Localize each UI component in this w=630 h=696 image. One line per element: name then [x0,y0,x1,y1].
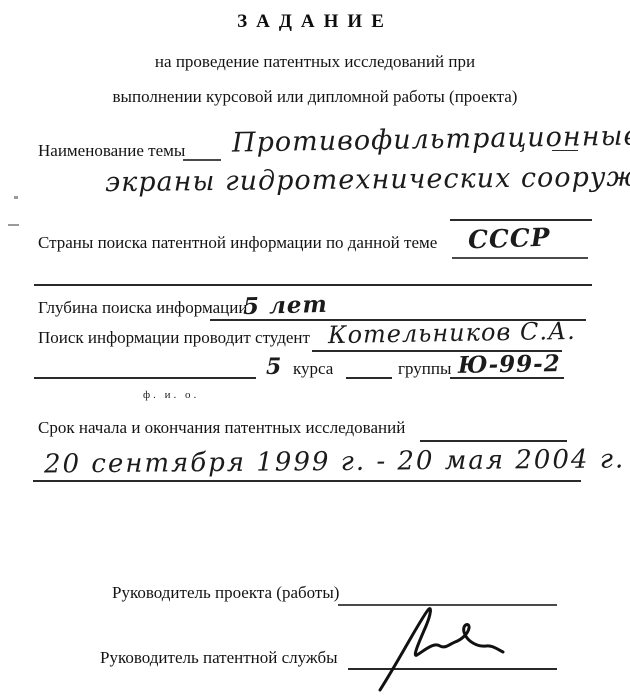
scan-artifact-dash [8,224,19,226]
topic-partial-underline [450,219,592,221]
dates-value-underline [33,480,581,482]
topic-label-underline [183,159,221,161]
scan-artifact-speck [14,196,18,199]
topic-handwritten-line1: Противофильтрационные [232,120,630,158]
patent-head-signature [358,604,508,694]
topic-label: Наименование темы [38,141,185,161]
form-subtitle-line1: на проведение патентных исследований при [0,52,630,72]
form-title: ЗАДАНИЕ [0,11,630,33]
scanned-assignment-form: ЗАДАНИЕ на проведение патентных исследов… [0,0,630,696]
group-handwritten-value: Ю-99-2 [458,350,561,379]
dates-label-underline [420,440,567,442]
course-handwritten-number: 5 [266,354,282,380]
student-label: Поиск информации проводит студент [38,328,310,348]
countries-handwritten-value: СССР [468,223,551,255]
student-handwritten-name: Котельников С.А. [328,317,576,349]
countries-label: Страны поиска патентной информации по да… [38,233,437,253]
countries-underline [452,257,588,259]
dates-label: Срок начала и окончания патентных исслед… [38,418,405,438]
fio-note: ф. и. о. [143,389,199,401]
course-row-leading-line [34,377,256,379]
topic-handwritten-line2: экраны гидротехнических сооружений [105,161,630,198]
depth-label: Глубина поиска информации [38,298,247,318]
patent-head-label: Руководитель патентной службы [100,648,338,668]
dates-handwritten-value: 20 сентября 1999 г. - 20 мая 2004 г. [44,444,625,479]
section-separator-line [34,284,592,286]
group-underline [450,377,564,379]
course-group-gap-line [346,377,392,379]
form-subtitle-line2: выполнении курсовой или дипломной работы… [0,87,630,107]
topic-trailing-dash [552,150,578,151]
course-label: курса [293,359,333,379]
depth-handwritten-value: 5 лет [243,291,329,320]
project-head-label: Руководитель проекта (работы) [112,583,339,603]
group-label: группы [398,359,451,379]
